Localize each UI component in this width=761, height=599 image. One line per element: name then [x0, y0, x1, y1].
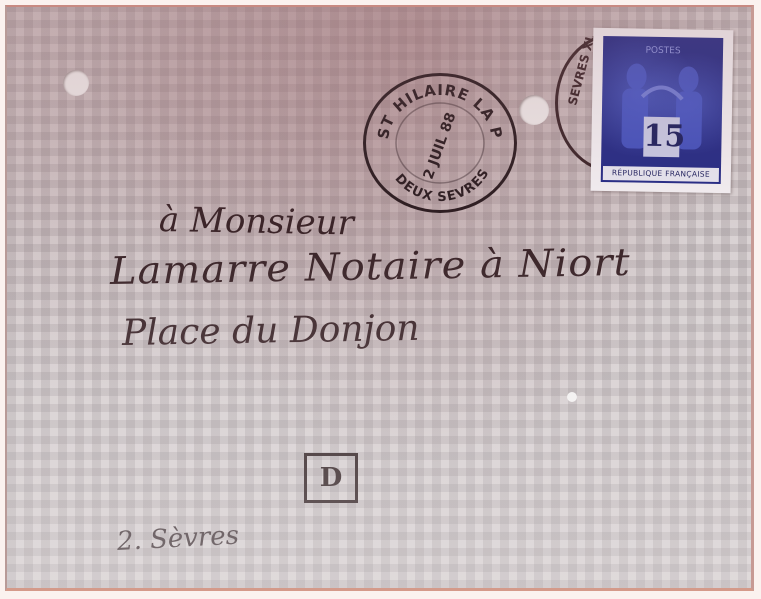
light-spot [567, 392, 577, 402]
postage-stamp: POSTES 15 RÉPUBLIQUE FRANÇAISE [591, 28, 734, 193]
svg-text:POSTES: POSTES [645, 46, 681, 57]
postmark-st-hilaire: ST HILAIRE LA PALUD DEUX SEVRES 2 JUIL 8… [363, 73, 517, 213]
note-sevres: 2. Sèvres [116, 521, 240, 557]
allegory-figures-icon: POSTES [601, 36, 724, 184]
envelope: ST HILAIRE LA PALUD DEUX SEVRES 2 JUIL 8… [5, 5, 754, 591]
address-line-1: à Monsieur [159, 200, 355, 243]
stamp-value: 15 [643, 117, 680, 158]
punch-hole-right [519, 95, 549, 125]
svg-text:2 JUIL 88: 2 JUIL 88 [421, 111, 460, 182]
stamp-country: RÉPUBLIQUE FRANÇAISE [603, 166, 719, 182]
boxed-d-mark: D [304, 453, 358, 503]
address-line-3: Place du Donjon [122, 308, 420, 354]
address-line-2: Lamarre Notaire à Niort [110, 240, 631, 293]
punch-hole-left [63, 70, 89, 96]
svg-text:DEUX SEVRES: DEUX SEVRES [392, 166, 493, 205]
svg-text:ST HILAIRE LA PALUD: ST HILAIRE LA PALUD [366, 76, 506, 141]
photo-frame: ST HILAIRE LA PALUD DEUX SEVRES 2 JUIL 8… [0, 0, 761, 599]
stamp-design: POSTES 15 RÉPUBLIQUE FRANÇAISE [601, 36, 724, 184]
